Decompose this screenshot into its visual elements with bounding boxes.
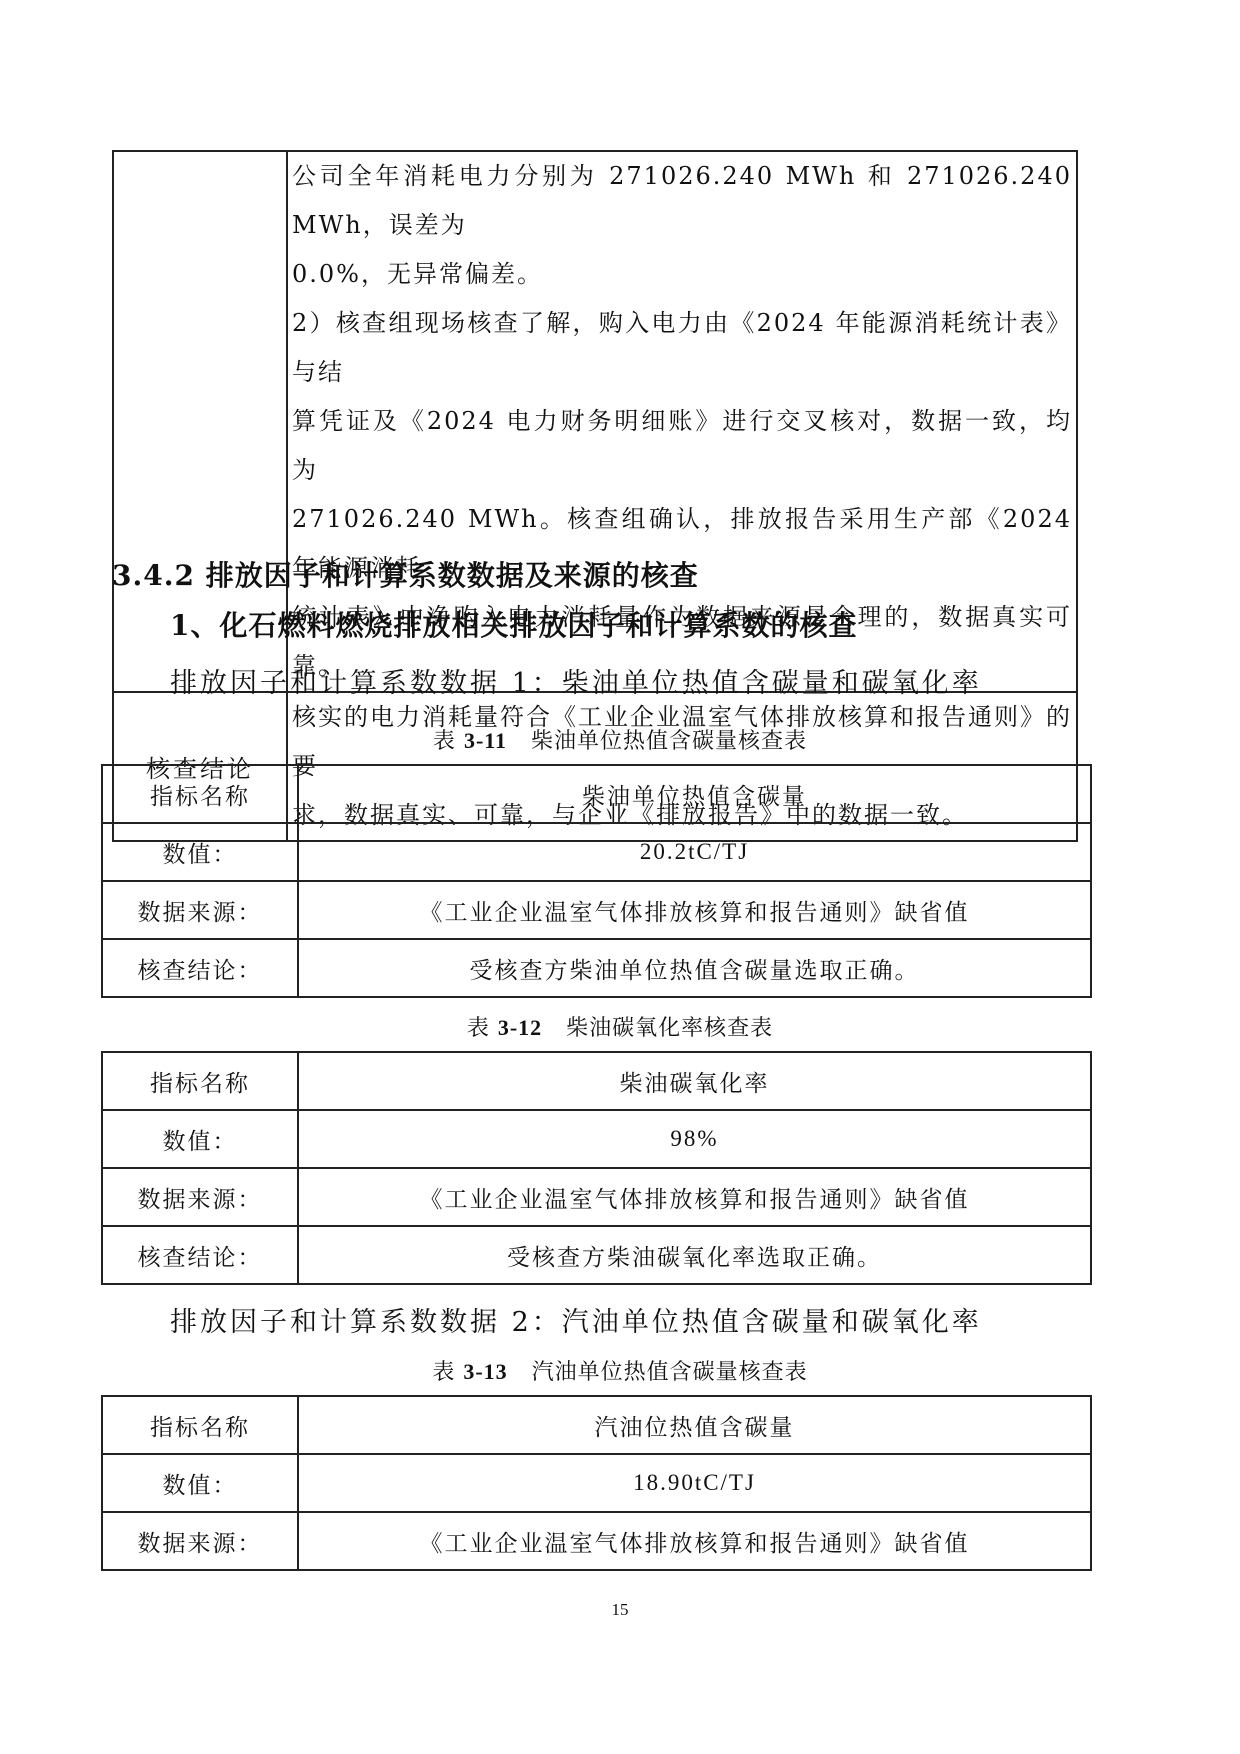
table-caption: 表 3-11 柴油单位热值含碳量核查表 — [0, 724, 1240, 755]
row-key: 核查结论： — [102, 1226, 298, 1284]
row-key: 指标名称 — [102, 765, 298, 823]
paragraph-data-1: 排放因子和计算系数数据 1：柴油单位热值含碳量和碳氧化率 — [170, 661, 982, 700]
row-value: 《工业企业温室气体排放核算和报告通则》缺省值 — [298, 1168, 1091, 1226]
row-value: 柴油碳氧化率 — [298, 1052, 1091, 1110]
row-key: 核查结论： — [102, 939, 298, 997]
caption-number: 3-12 — [498, 1015, 542, 1040]
row-key: 数值： — [102, 1454, 298, 1512]
table-row: 指标名称柴油碳氧化率 — [102, 1052, 1091, 1110]
table-row: 数据来源：《工业企业温室气体排放核算和报告通则》缺省值 — [102, 1512, 1091, 1570]
diesel-carbon-content-table: 指标名称柴油单位热值含碳量 数值：20.2tC/TJ 数据来源：《工业企业温室气… — [101, 764, 1092, 998]
text-line: 公司全年消耗电力分别为 271026.240 MWh 和 271026.240 … — [292, 152, 1072, 250]
row-value: 98% — [298, 1110, 1091, 1168]
caption-number: 3-13 — [463, 1359, 507, 1384]
caption-title: 汽油单位热值含碳量核查表 — [532, 1360, 808, 1385]
row-key: 数值： — [102, 1110, 298, 1168]
subsection-heading: 1、化石燃料燃烧排放相关排放因子和计算系数的核查 — [170, 604, 858, 644]
caption-prefix: 表 — [432, 1360, 455, 1385]
table-row: 数值：98% — [102, 1110, 1091, 1168]
table-row: 核查结论：受核查方柴油单位热值含碳量选取正确。 — [102, 939, 1091, 997]
row-value: 受核查方柴油单位热值含碳量选取正确。 — [298, 939, 1091, 997]
table-row: 指标名称柴油单位热值含碳量 — [102, 765, 1091, 823]
paragraph-data-2: 排放因子和计算系数数据 2：汽油单位热值含碳量和碳氧化率 — [170, 1300, 982, 1339]
table-row: 核查结论：受核查方柴油碳氧化率选取正确。 — [102, 1226, 1091, 1284]
caption-number: 3-11 — [464, 728, 507, 753]
caption-prefix: 表 — [467, 1016, 490, 1041]
caption-title: 柴油碳氧化率核查表 — [566, 1016, 773, 1041]
page-number: 15 — [0, 1600, 1240, 1620]
row-value: 《工业企业温室气体排放核算和报告通则》缺省值 — [298, 881, 1091, 939]
table-row: 数据来源：《工业企业温室气体排放核算和报告通则》缺省值 — [102, 1168, 1091, 1226]
gasoline-carbon-content-table: 指标名称汽油位热值含碳量 数值：18.90tC/TJ 数据来源：《工业企业温室气… — [101, 1395, 1092, 1571]
table-caption: 表 3-13 汽油单位热值含碳量核查表 — [0, 1355, 1240, 1386]
row-value: 《工业企业温室气体排放核算和报告通则》缺省值 — [298, 1512, 1091, 1570]
row-key: 数据来源： — [102, 1168, 298, 1226]
text-line: 算凭证及《2024 电力财务明细账》进行交叉核对，数据一致，均为 — [292, 397, 1072, 495]
row-value: 柴油单位热值含碳量 — [298, 765, 1091, 823]
table-row: 数值：20.2tC/TJ — [102, 823, 1091, 881]
text-line: 2）核查组现场核查了解，购入电力由《2024 年能源消耗统计表》与结 — [292, 299, 1072, 397]
table-row: 指标名称汽油位热值含碳量 — [102, 1396, 1091, 1454]
table-row: 数据来源：《工业企业温室气体排放核算和报告通则》缺省值 — [102, 881, 1091, 939]
row-value: 受核查方柴油碳氧化率选取正确。 — [298, 1226, 1091, 1284]
row-key: 数据来源： — [102, 1512, 298, 1570]
table-row: 数值：18.90tC/TJ — [102, 1454, 1091, 1512]
row-key: 数值： — [102, 823, 298, 881]
row-key: 数据来源： — [102, 881, 298, 939]
row-key: 指标名称 — [102, 1052, 298, 1110]
row-value: 18.90tC/TJ — [298, 1454, 1091, 1512]
row-value: 20.2tC/TJ — [298, 823, 1091, 881]
caption-prefix: 表 — [433, 729, 456, 754]
text-line: 0.0%，无异常偏差。 — [292, 250, 1072, 299]
row-value: 汽油位热值含碳量 — [298, 1396, 1091, 1454]
table-caption: 表 3-12 柴油碳氧化率核查表 — [0, 1011, 1240, 1042]
caption-title: 柴油单位热值含碳量核查表 — [531, 729, 807, 754]
diesel-oxidation-rate-table: 指标名称柴油碳氧化率 数值：98% 数据来源：《工业企业温室气体排放核算和报告通… — [101, 1051, 1092, 1285]
section-heading: 3.4.2 排放因子和计算系数数据及来源的核查 — [112, 554, 699, 594]
row-key: 指标名称 — [102, 1396, 298, 1454]
